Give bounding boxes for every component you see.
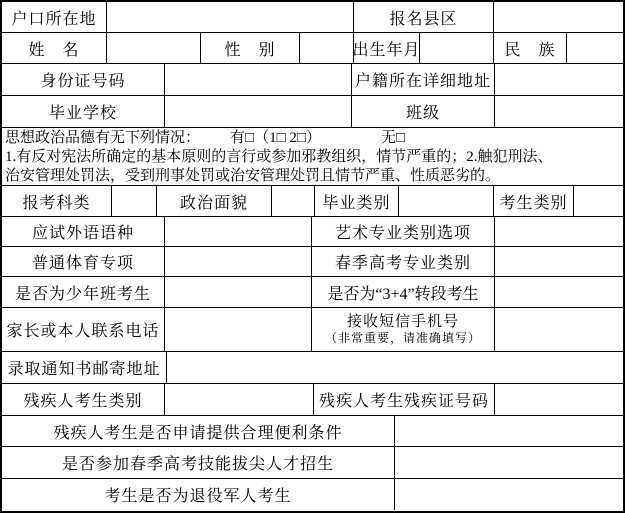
gender-field[interactable] bbox=[300, 33, 354, 63]
row-youth-class: 是否为少年班考生 是否为“3+4”转段考生 bbox=[2, 277, 623, 308]
veteran-candidate-field[interactable] bbox=[395, 479, 623, 510]
household-address-label: 户籍所在详细地址 bbox=[352, 64, 495, 95]
disability-cert-number-label: 残疾人考生残疾证号码 bbox=[314, 384, 495, 415]
sports-specialty-label: 普通体育专项 bbox=[2, 247, 165, 276]
art-major-category-label: 艺术专业类别选项 bbox=[312, 217, 495, 246]
foreign-language-label: 应试外语语种 bbox=[2, 217, 165, 246]
candidate-type-label: 考生类别 bbox=[494, 186, 574, 216]
exam-category-label: 报考科类 bbox=[2, 186, 112, 216]
gender-label: 性 别 bbox=[201, 33, 300, 63]
sms-phone-label-main: 接收短信手机号 bbox=[347, 313, 459, 332]
spring-exam-major-label: 春季高考专业类别 bbox=[312, 247, 495, 276]
exam-category-field[interactable] bbox=[112, 186, 157, 216]
id-number-field[interactable] bbox=[165, 64, 352, 95]
disabled-convenience-label: 残疾人考生是否申请提供合理便利条件 bbox=[2, 416, 395, 446]
row-disabled-convenience: 残疾人考生是否申请提供合理便利条件 bbox=[2, 416, 623, 447]
sms-phone-label-note: （非常重要，请准确填写） bbox=[325, 331, 481, 346]
row-spring-talent-recruit: 是否参加春季高考技能拔尖人才招生 bbox=[2, 447, 623, 479]
candidate-type-field[interactable] bbox=[574, 186, 623, 216]
sports-specialty-field[interactable] bbox=[165, 247, 312, 276]
household-address-field[interactable] bbox=[495, 64, 623, 95]
registration-county-label: 报名县区 bbox=[354, 2, 494, 32]
sms-phone-label: 接收短信手机号 （非常重要，请准确填写） bbox=[312, 308, 495, 351]
spring-exam-major-field[interactable] bbox=[495, 247, 623, 276]
row-contact-phone: 家长或本人联系电话 接收短信手机号 （非常重要，请准确填写） bbox=[2, 308, 623, 352]
spring-talent-recruit-label: 是否参加春季高考技能拔尖人才招生 bbox=[2, 447, 395, 478]
row-exam-category: 报考科类 政治面貌 毕业类别 考生类别 bbox=[2, 186, 623, 217]
household-location-label: 户口所在地 bbox=[2, 2, 107, 32]
disabled-category-field[interactable] bbox=[165, 384, 314, 415]
art-major-category-field[interactable] bbox=[495, 217, 623, 246]
contact-phone-label: 家长或本人联系电话 bbox=[2, 308, 165, 351]
row-foreign-language: 应试外语语种 艺术专业类别选项 bbox=[2, 217, 623, 247]
disabled-category-label: 残疾人考生类别 bbox=[2, 384, 165, 415]
row-graduation-school: 毕业学校 班级 bbox=[2, 96, 623, 128]
class-label: 班级 bbox=[352, 96, 495, 127]
political-morality-question: 思想政治品德有无下列情况： bbox=[5, 130, 200, 146]
political-morality-clause-1: 1.有反对宪法所确定的基本原则的言行或参加邪教组织，情节严重的；2.触犯刑法、 bbox=[5, 148, 620, 167]
spring-talent-recruit-field[interactable] bbox=[395, 447, 623, 478]
row-sports-specialty: 普通体育专项 春季高考专业类别 bbox=[2, 247, 623, 277]
has-checkbox-segment[interactable]: 有□（1□ 2□） bbox=[230, 130, 321, 146]
contact-phone-field[interactable] bbox=[165, 308, 312, 351]
political-status-field[interactable] bbox=[272, 186, 315, 216]
mailing-address-label: 录取通知书邮寄地址 bbox=[2, 352, 167, 383]
id-number-label: 身份证号码 bbox=[2, 64, 165, 95]
political-morality-clause-2: 治安管理处罚法，受到刑事处罚或治安管理处罚且情节严重、性质恶劣的。 bbox=[5, 167, 620, 186]
political-morality-question-line: 思想政治品德有无下列情况：有□（1□ 2□）无□ bbox=[5, 129, 620, 148]
registration-form-table: 户口所在地 报名县区 姓 名 性 别 出生年月 民 族 身份证号码 户籍所在详细… bbox=[0, 0, 625, 513]
political-morality-section: 思想政治品德有无下列情况：有□（1□ 2□）无□ 1.有反对宪法所确定的基本原则… bbox=[2, 128, 623, 186]
ethnicity-label: 民 族 bbox=[494, 33, 567, 63]
row-disabled-category: 残疾人考生类别 残疾人考生残疾证号码 bbox=[2, 384, 623, 416]
mailing-address-field[interactable] bbox=[167, 352, 623, 383]
political-status-label: 政治面貌 bbox=[157, 186, 272, 216]
disability-cert-number-field[interactable] bbox=[495, 384, 623, 415]
name-label: 姓 名 bbox=[2, 33, 107, 63]
foreign-language-field[interactable] bbox=[165, 217, 312, 246]
row-id-number: 身份证号码 户籍所在详细地址 bbox=[2, 64, 623, 96]
none-checkbox-segment[interactable]: 无□ bbox=[381, 130, 405, 146]
name-field[interactable] bbox=[107, 33, 201, 63]
youth-class-field[interactable] bbox=[165, 277, 312, 307]
youth-class-label: 是否为少年班考生 bbox=[2, 277, 165, 307]
birth-date-label: 出生年月 bbox=[354, 33, 420, 63]
graduation-type-label: 毕业类别 bbox=[315, 186, 399, 216]
row-mailing-address: 录取通知书邮寄地址 bbox=[2, 352, 623, 384]
registration-county-field[interactable] bbox=[494, 2, 623, 32]
transfer-3plus4-label: 是否为“3+4”转段考生 bbox=[312, 277, 495, 307]
row-household-location: 户口所在地 报名县区 bbox=[2, 2, 623, 33]
sms-phone-field[interactable] bbox=[495, 308, 623, 351]
row-veteran-candidate: 考生是否为退役军人考生 bbox=[2, 479, 623, 510]
household-location-field[interactable] bbox=[107, 2, 354, 32]
row-personal-info: 姓 名 性 别 出生年月 民 族 bbox=[2, 33, 623, 64]
veteran-candidate-label: 考生是否为退役军人考生 bbox=[2, 479, 395, 510]
graduation-type-field[interactable] bbox=[399, 186, 494, 216]
graduation-school-field[interactable] bbox=[165, 96, 352, 127]
birth-date-field[interactable] bbox=[420, 33, 494, 63]
class-field[interactable] bbox=[495, 96, 623, 127]
transfer-3plus4-field[interactable] bbox=[495, 277, 623, 307]
ethnicity-field[interactable] bbox=[567, 33, 623, 63]
graduation-school-label: 毕业学校 bbox=[2, 96, 165, 127]
disabled-convenience-field[interactable] bbox=[395, 416, 623, 446]
